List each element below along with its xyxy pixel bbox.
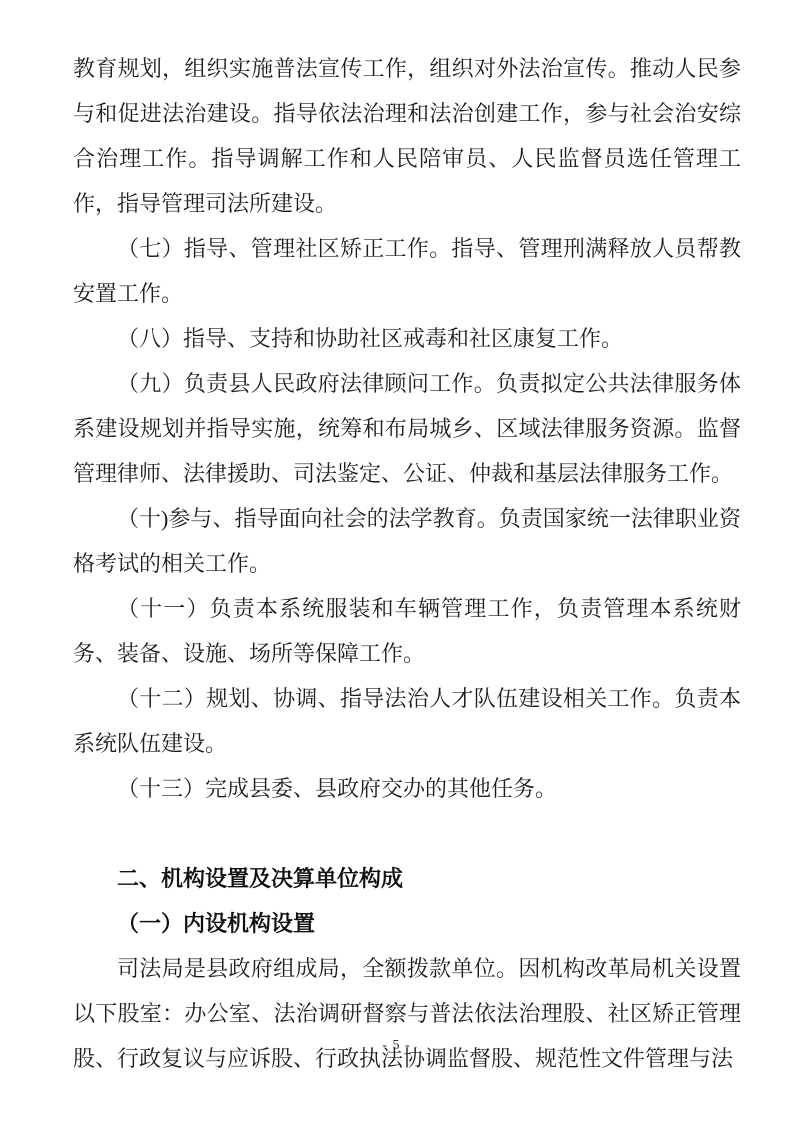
subsection-heading: （一）内设机构设置 bbox=[73, 901, 741, 946]
duty-item-8: （八）指导、支持和协助社区戒毒和社区康复工作。 bbox=[73, 316, 741, 361]
body-paragraph: 司法局是县政府组成局，全额拨款单位。因机构改革局机关设置以下股室：办公室、法治调… bbox=[73, 946, 741, 1081]
duty-item-10: （十)参与、指导面向社会的法学教育。负责国家统一法律职业资格考试的相关工作。 bbox=[73, 496, 741, 586]
duty-item-13: （十三）完成县委、县政府交办的其他任务。 bbox=[73, 766, 741, 811]
document-page: 教育规划，组织实施普法宣传工作，组织对外法治宣传。推动人民参与和促进法治建设。指… bbox=[0, 0, 793, 1122]
body-paragraph-continuation: 教育规划，组织实施普法宣传工作，组织对外法治宣传。推动人民参与和促进法治建设。指… bbox=[73, 46, 741, 226]
duty-item-9: （九）负责县人民政府法律顾问工作。负责拟定公共法律服务体系建设规划并指导实施，统… bbox=[73, 361, 741, 496]
section-heading: 二、机构设置及决算单位构成 bbox=[73, 856, 741, 901]
duty-item-7: （七）指导、管理社区矫正工作。指导、管理刑满释放人员帮教安置工作。 bbox=[73, 226, 741, 316]
duty-item-11: （十一）负责本系统服装和车辆管理工作，负责管理本系统财务、装备、设施、场所等保障… bbox=[73, 586, 741, 676]
blank-line bbox=[73, 811, 741, 856]
page-number: - 5 - bbox=[0, 1036, 793, 1056]
duty-item-12: （十二）规划、协调、指导法治人才队伍建设相关工作。负责本系统队伍建设。 bbox=[73, 676, 741, 766]
page-body: 教育规划，组织实施普法宣传工作，组织对外法治宣传。推动人民参与和促进法治建设。指… bbox=[73, 46, 741, 1081]
